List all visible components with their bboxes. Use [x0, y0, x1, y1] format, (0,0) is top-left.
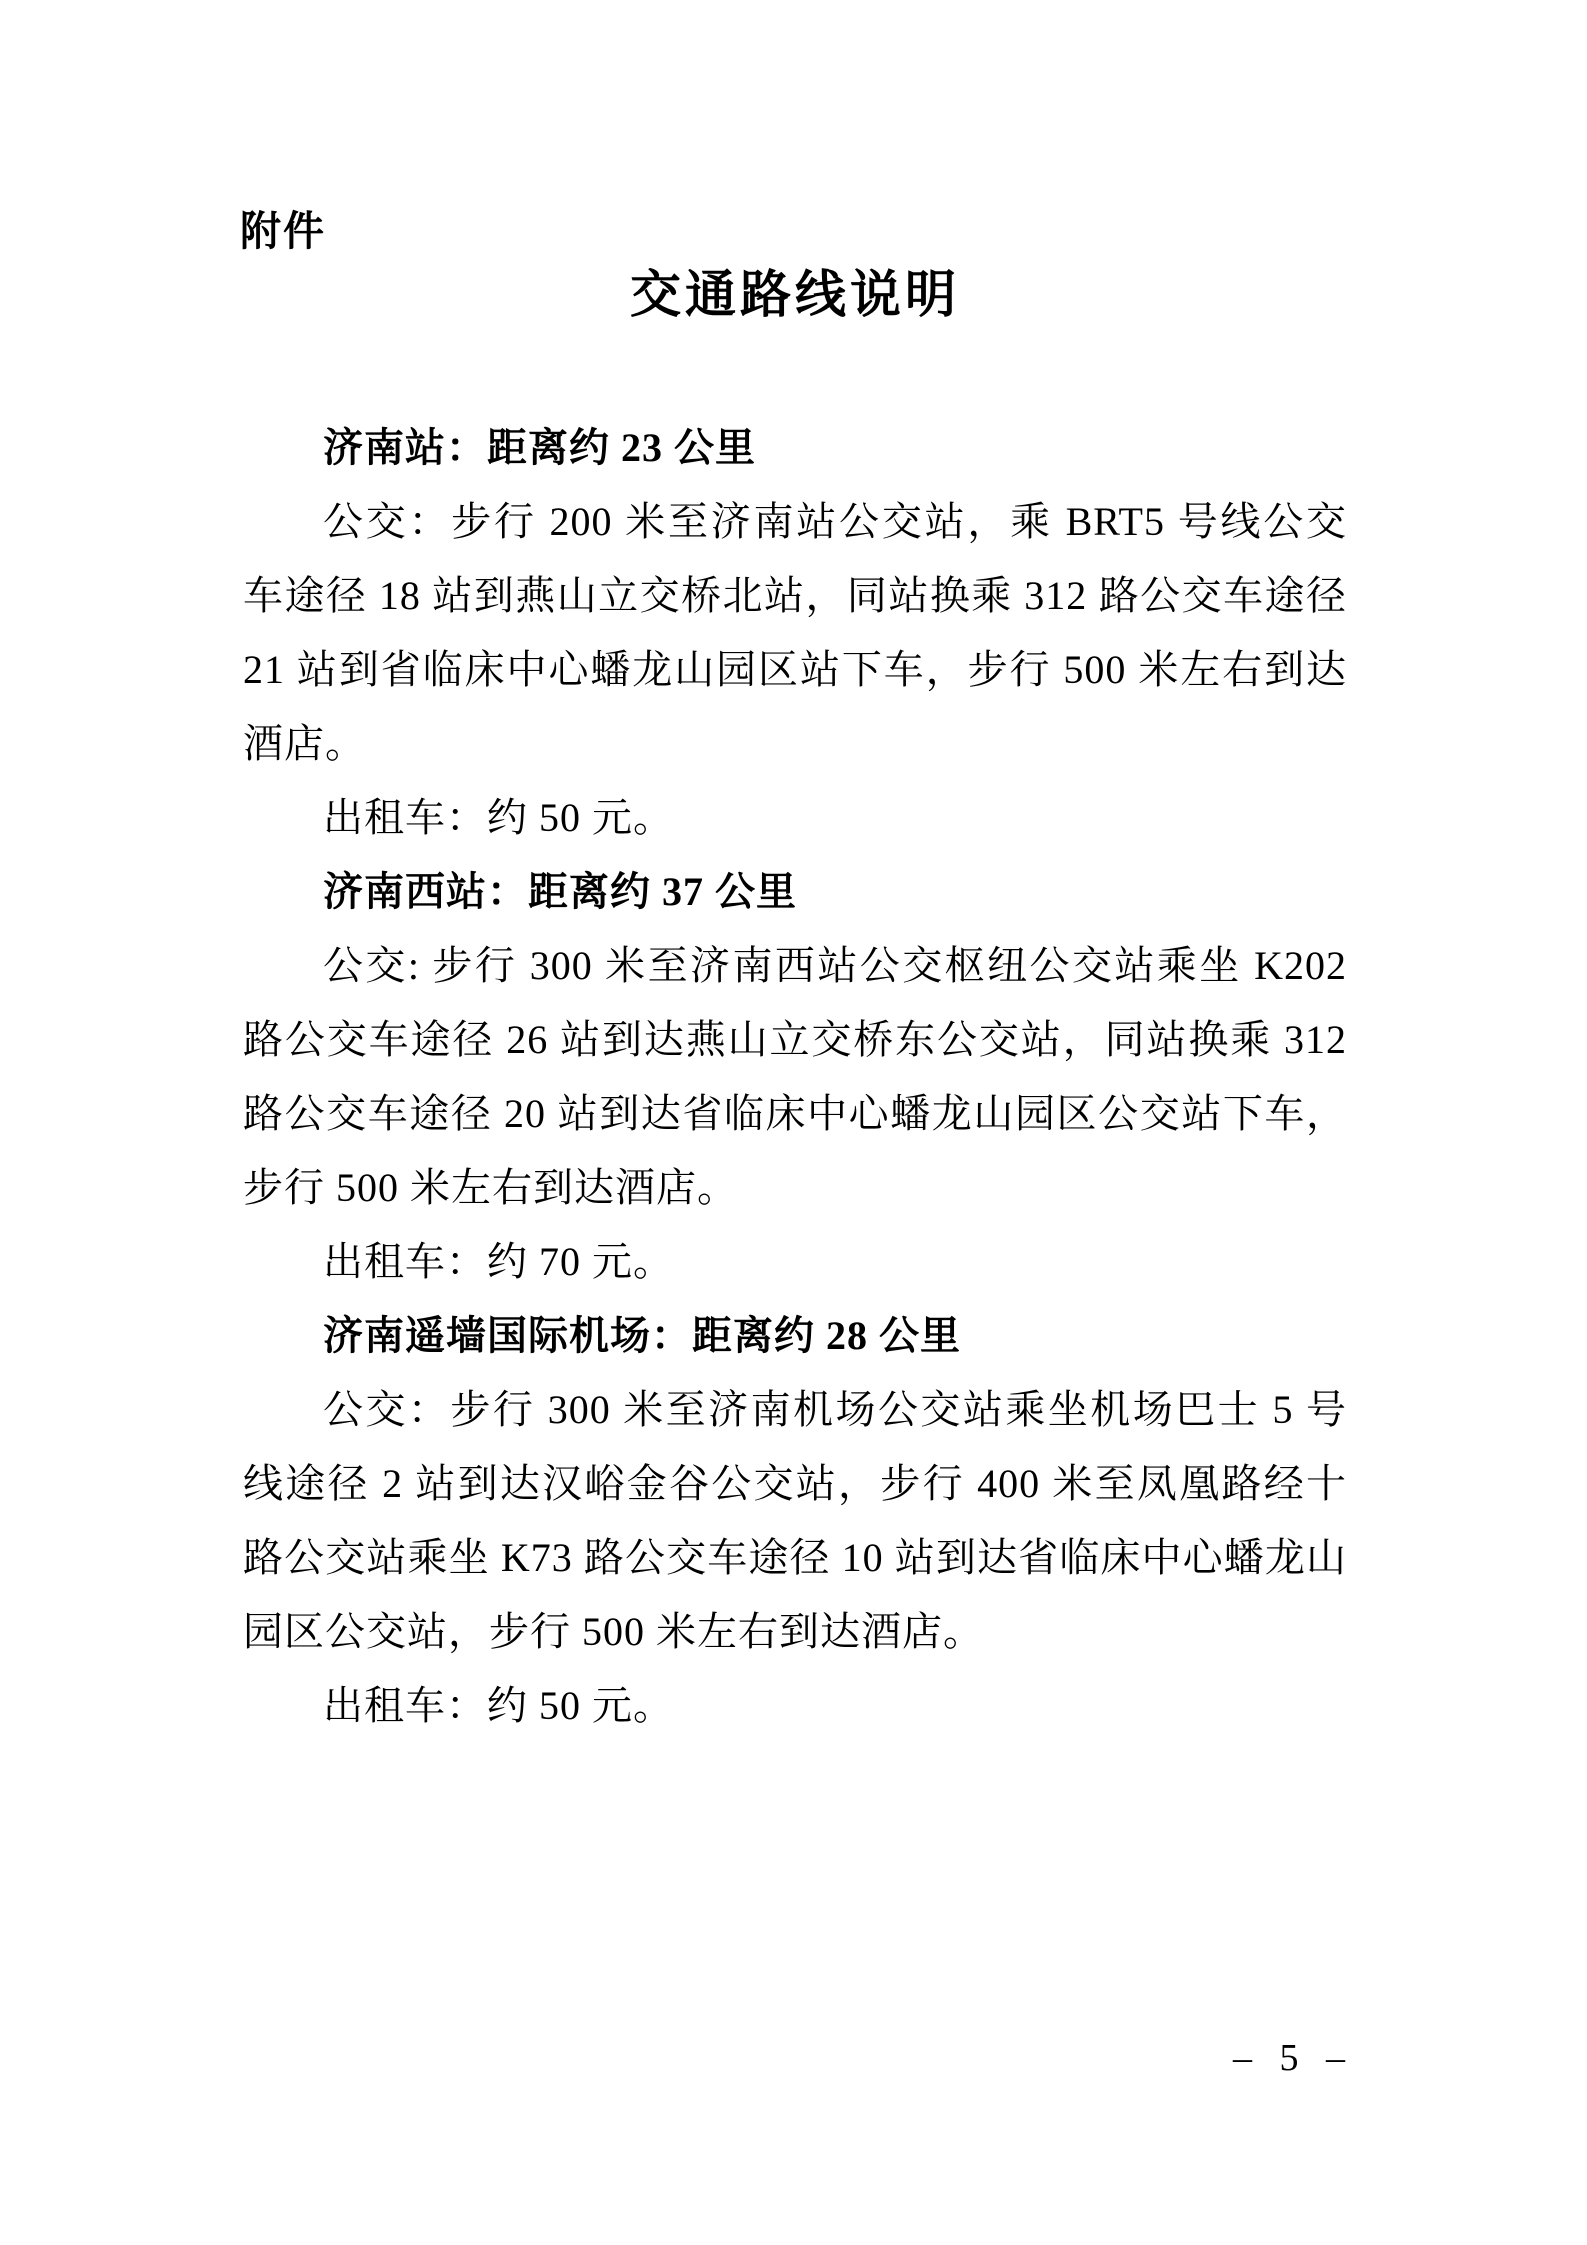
- section-heading: 济南西站：距离约 37 公里: [243, 855, 1347, 929]
- document-body: 济南站：距离约 23 公里 公交：步行 200 米至济南站公交站，乘 BRT5 …: [243, 411, 1347, 1743]
- bus-route-paragraph: 公交：步行 300 米至济南机场公交站乘坐机场巴士 5 号线途径 2 站到达汉峪…: [243, 1373, 1347, 1669]
- taxi-fare-paragraph: 出租车：约 50 元。: [243, 781, 1347, 855]
- section-jinan-west-station: 济南西站：距离约 37 公里 公交: 步行 300 米至济南西站公交枢纽公交站乘…: [243, 855, 1347, 1299]
- attachment-label: 附件: [240, 208, 326, 254]
- document-page: 附件 交通路线说明 济南站：距离约 23 公里 公交：步行 200 米至济南站公…: [0, 0, 1587, 2245]
- section-heading: 济南遥墙国际机场：距离约 28 公里: [243, 1299, 1347, 1373]
- section-yaoqiang-airport: 济南遥墙国际机场：距离约 28 公里 公交：步行 300 米至济南机场公交站乘坐…: [243, 1299, 1347, 1743]
- page-number: – 5 –: [1233, 2036, 1347, 2080]
- bus-route-paragraph: 公交：步行 200 米至济南站公交站，乘 BRT5 号线公交车途径 18 站到燕…: [243, 485, 1347, 781]
- taxi-fare-paragraph: 出租车：约 70 元。: [243, 1225, 1347, 1299]
- section-jinan-station: 济南站：距离约 23 公里 公交：步行 200 米至济南站公交站，乘 BRT5 …: [243, 411, 1347, 855]
- section-heading: 济南站：距离约 23 公里: [243, 411, 1347, 485]
- taxi-fare-paragraph: 出租车：约 50 元。: [243, 1669, 1347, 1743]
- bus-route-paragraph: 公交: 步行 300 米至济南西站公交枢纽公交站乘坐 K202 路公交车途径 2…: [243, 929, 1347, 1225]
- page-title: 交通路线说明: [243, 266, 1347, 326]
